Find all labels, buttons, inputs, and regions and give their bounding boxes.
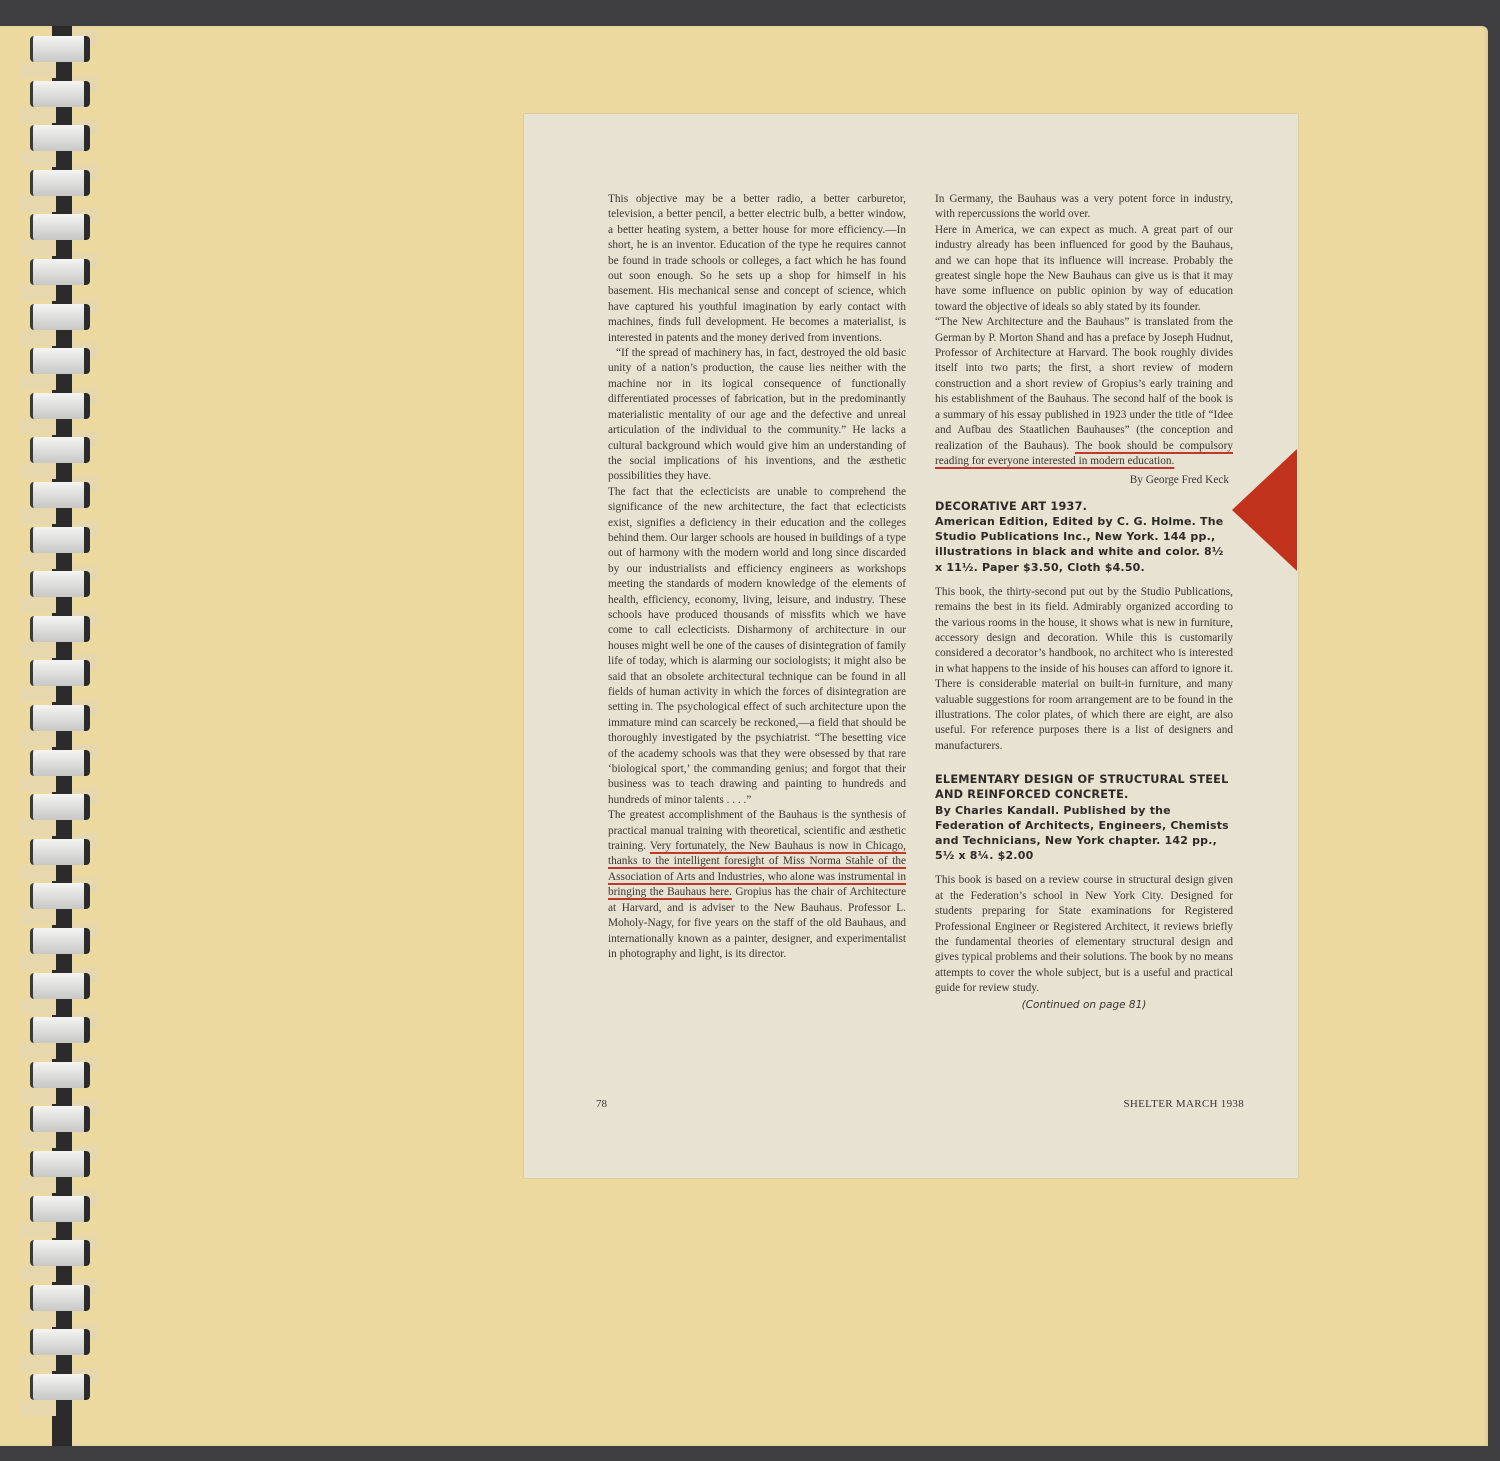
review-body: This book is based on a review course in…	[935, 873, 1233, 996]
page-punch-tab	[20, 999, 56, 1015]
binding-loop	[30, 660, 90, 686]
binding-loop	[30, 1017, 90, 1043]
binding-loop	[30, 1196, 90, 1222]
page-punch-tab	[20, 1043, 56, 1059]
binding-loop	[30, 527, 90, 553]
left-column: This objective may be a better radio, a …	[608, 192, 906, 962]
page-punch-tab	[20, 62, 56, 78]
page-punch-tab	[20, 508, 56, 524]
page-punch-tab	[20, 1177, 56, 1193]
page-punch-tab	[20, 642, 56, 658]
page-punch-tab	[20, 1266, 56, 1282]
review-details: American Edition, Edited by C. G. Holme.…	[935, 514, 1233, 575]
page-punch-tab	[20, 597, 56, 613]
review-title: DECORATIVE ART 1937.	[935, 499, 1233, 514]
right-column: In Germany, the Bauhaus was a very poten…	[935, 192, 1233, 1013]
review-title: ELEMENTARY DESIGN OF STRUCTURAL STEEL AN…	[935, 772, 1233, 802]
page-punch-tab	[20, 196, 56, 212]
spacer	[935, 489, 1233, 499]
paragraph: This objective may be a better radio, a …	[608, 192, 906, 346]
spacer	[935, 863, 1233, 873]
page-punch-tab	[20, 330, 56, 346]
page-punch-tab	[20, 553, 56, 569]
page-number: 78	[596, 1098, 607, 1110]
page-punch-tab	[20, 1088, 56, 1104]
binding-loop	[30, 304, 90, 330]
binding-loop	[30, 973, 90, 999]
magazine-clipping: This objective may be a better radio, a …	[524, 114, 1298, 1178]
binding-loop	[30, 705, 90, 731]
binding-loop	[30, 259, 90, 285]
page-punch-tab	[20, 1400, 56, 1416]
binding-loop	[30, 1240, 90, 1266]
page-punch-tab	[20, 240, 56, 256]
binding-loop	[30, 348, 90, 374]
binding-loop	[30, 839, 90, 865]
page-punch-tab	[20, 285, 56, 301]
paragraph-highlighted: “The New Architecture and the Bauhaus” i…	[935, 315, 1233, 469]
paragraph: In Germany, the Bauhaus was a very poten…	[935, 192, 1233, 223]
binding-loop	[30, 125, 90, 151]
page-punch-tab	[20, 1355, 56, 1371]
page-punch-tab	[20, 820, 56, 836]
binding-loop	[30, 482, 90, 508]
spiral-binding	[0, 26, 110, 1446]
binding-loop	[30, 81, 90, 107]
binding-loop	[30, 883, 90, 909]
binding-loop	[30, 1285, 90, 1311]
magazine-footer: SHELTER MARCH 1938	[1123, 1098, 1244, 1110]
binding-loop	[30, 1106, 90, 1132]
page-punch-tab	[20, 954, 56, 970]
binding-loop	[30, 1062, 90, 1088]
page-punch-tab	[20, 776, 56, 792]
review-details: By Charles Kandall. Published by the Fed…	[935, 803, 1233, 864]
page-punch-tab	[20, 686, 56, 702]
page-punch-tab	[20, 909, 56, 925]
binding-loop	[30, 393, 90, 419]
binding-loop	[30, 794, 90, 820]
author-byline: By George Fred Keck	[935, 473, 1233, 488]
continued-note: (Continued on page 81)	[935, 998, 1233, 1013]
paragraph: Here in America, we can expect as much. …	[935, 223, 1233, 315]
spacer	[935, 754, 1233, 772]
red-triangle-marker-icon	[1232, 449, 1297, 571]
binding-loop	[30, 571, 90, 597]
review-body: This book, the thirty-second put out by …	[935, 585, 1233, 754]
binding-loop	[30, 616, 90, 642]
binding-loop	[30, 170, 90, 196]
page-punch-tab	[20, 731, 56, 747]
page-punch-tab	[20, 1132, 56, 1148]
page-punch-tab	[20, 374, 56, 390]
spacer	[935, 575, 1233, 585]
page-punch-tab	[20, 419, 56, 435]
paragraph-quote-gropius: “If the spread of machinery has, in fact…	[608, 346, 906, 485]
binding-loop	[30, 928, 90, 954]
binding-loop	[30, 750, 90, 776]
page-punch-tab	[20, 1311, 56, 1327]
text-run: “The New Architecture and the Bauhaus” i…	[935, 316, 1233, 451]
page-punch-tab	[20, 463, 56, 479]
paragraph-highlighted: The greatest accomplishment of the Bauha…	[608, 808, 906, 962]
binding-loop	[30, 214, 90, 240]
binding-loop	[30, 437, 90, 463]
paragraph: The fact that the eclecticists are unabl…	[608, 485, 906, 809]
binding-loop	[30, 1151, 90, 1177]
page-punch-tab	[20, 1222, 56, 1238]
binding-loop	[30, 1374, 90, 1400]
page-punch-tab	[20, 865, 56, 881]
page-punch-tab	[20, 107, 56, 123]
page-punch-tab	[20, 151, 56, 167]
binding-loop	[30, 1329, 90, 1355]
binding-loop	[30, 36, 90, 62]
